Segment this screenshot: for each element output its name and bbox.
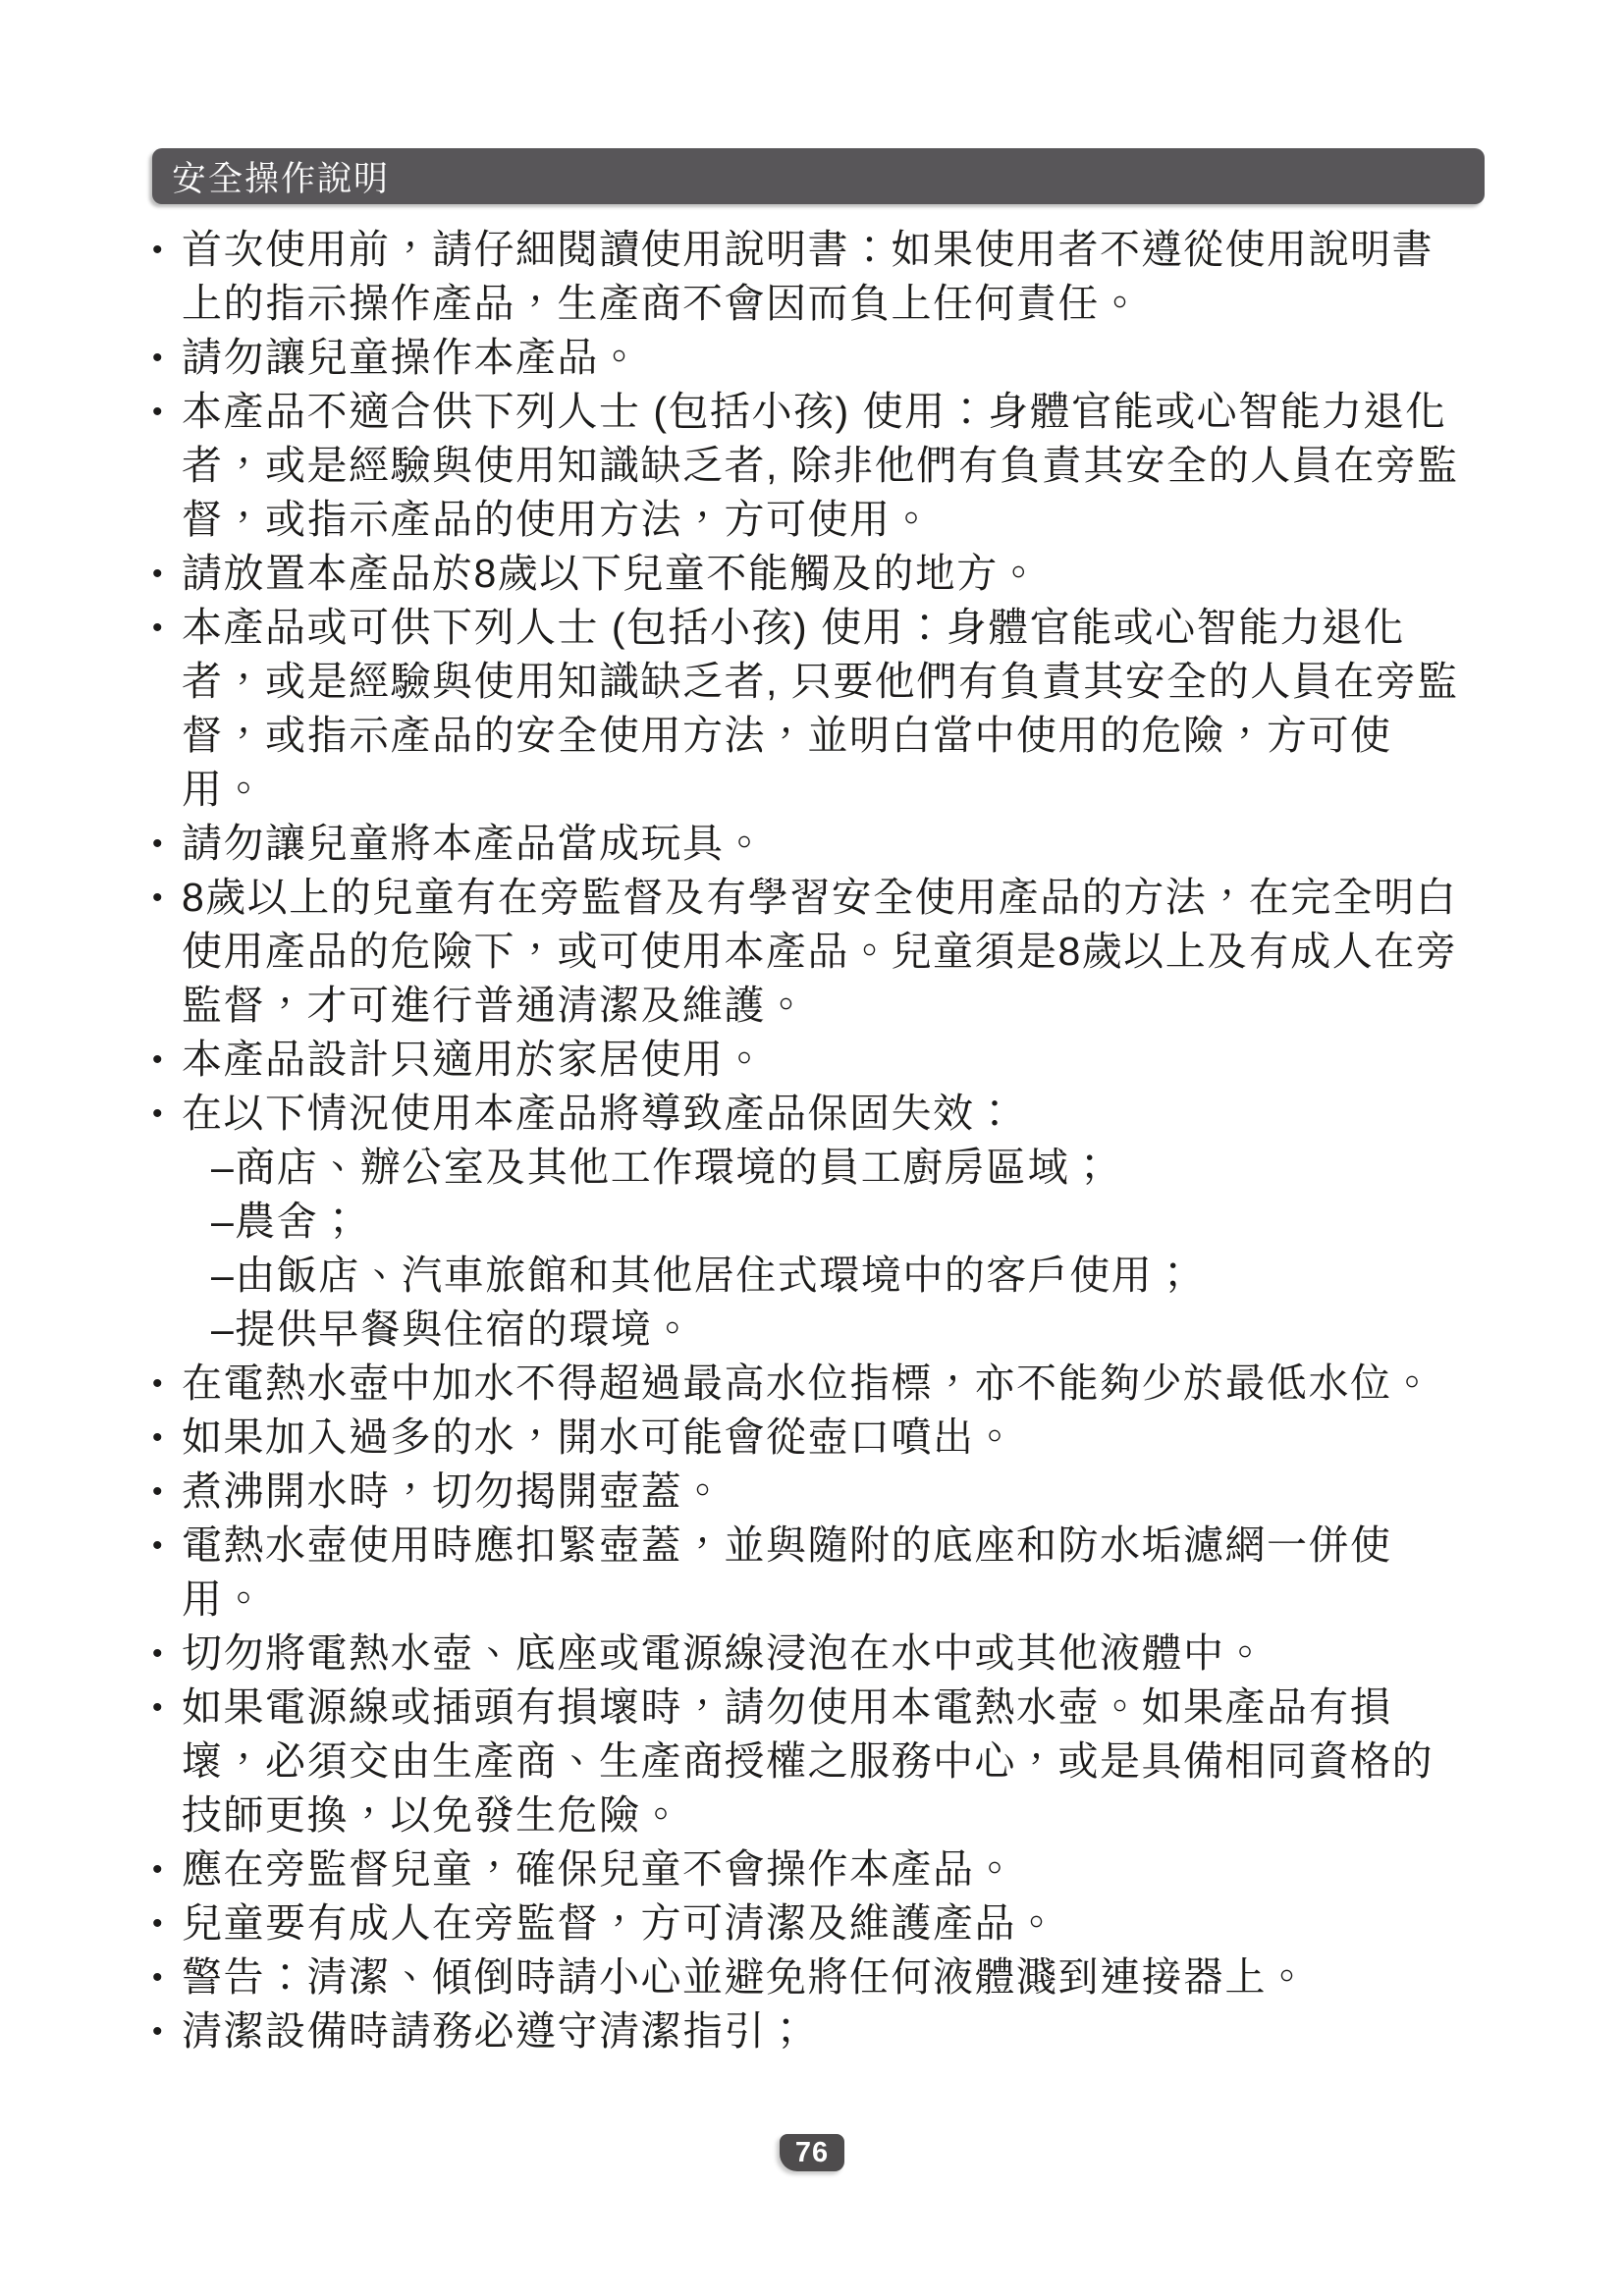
list-item: •清潔設備時請務必遵守清潔指引；: [152, 2004, 1473, 2058]
safety-instructions-list: •首次使用前，請仔細閱讀使用說明書：如果使用者不遵從使用說明書上的指示操作產品，…: [152, 223, 1473, 2058]
list-item-text: 首次使用前，請仔細閱讀使用說明書：如果使用者不遵從使用說明書上的指示操作產品，生…: [182, 223, 1473, 331]
list-item: •請勿讓兒童操作本產品。: [152, 331, 1473, 385]
list-item: •警告：清潔、傾倒時請小心並避免將任何液體濺到連接器上。: [152, 1950, 1473, 2004]
list-item-text: 在電熱水壺中加水不得超過最高水位指標，亦不能夠少於最低水位。: [182, 1357, 1473, 1411]
list-item-text: 清潔設備時請務必遵守清潔指引；: [182, 2004, 1473, 2058]
bullet-icon: •: [152, 385, 182, 439]
list-item-text: 請勿讓兒童將本產品當成玩具。: [182, 817, 1473, 871]
sub-list-item: –提供早餐與住宿的環境。: [152, 1303, 1473, 1357]
bullet-icon: •: [152, 1627, 182, 1681]
list-item-text: 請勿讓兒童操作本產品。: [182, 331, 1473, 385]
bullet-icon: •: [152, 2004, 182, 2058]
bullet-icon: •: [152, 1087, 182, 1141]
bullet-icon: •: [152, 1411, 182, 1465]
bullet-icon: •: [152, 1896, 182, 1950]
sub-list-item: –商店、辦公室及其他工作環境的員工廚房區域；: [152, 1141, 1473, 1195]
list-item-text: 應在旁監督兒童，確保兒童不會操作本產品。: [182, 1842, 1473, 1896]
list-item-text: 警告：清潔、傾倒時請小心並避免將任何液體濺到連接器上。: [182, 1950, 1473, 2004]
list-item-text: 本產品或可供下列人士 (包括小孩) 使用：身體官能或心智能力退化者，或是經驗與使…: [182, 601, 1473, 817]
page-number: 76: [795, 2137, 829, 2169]
list-item-text: 請放置本產品於8歲以下兒童不能觸及的地方。: [182, 547, 1473, 601]
list-item: •本產品設計只適用於家居使用。: [152, 1033, 1473, 1087]
sub-list-item: –由飯店、汽車旅館和其他居住式環境中的客戶使用；: [152, 1249, 1473, 1303]
list-item: •在以下情況使用本產品將導致產品保固失效：: [152, 1087, 1473, 1141]
list-item-text: 兒童要有成人在旁監督，方可清潔及維護產品。: [182, 1896, 1473, 1950]
bullet-icon: •: [152, 331, 182, 385]
bullet-icon: •: [152, 1519, 182, 1573]
page-number-badge: 76: [780, 2134, 844, 2171]
list-item: •煮沸開水時，切勿揭開壺蓋。: [152, 1465, 1473, 1519]
bullet-icon: •: [152, 547, 182, 601]
bullet-icon: •: [152, 1842, 182, 1896]
bullet-icon: •: [152, 1681, 182, 1735]
list-item-text: 8歲以上的兒童有在旁監督及有學習安全使用產品的方法，在完全明白使用產品的危險下，…: [182, 871, 1473, 1033]
list-item: •應在旁監督兒童，確保兒童不會操作本產品。: [152, 1842, 1473, 1896]
bullet-icon: •: [152, 817, 182, 871]
list-item: •請放置本產品於8歲以下兒童不能觸及的地方。: [152, 547, 1473, 601]
list-item-text: 切勿將電熱水壺、底座或電源線浸泡在水中或其他液體中。: [182, 1627, 1473, 1681]
list-item: •首次使用前，請仔細閱讀使用說明書：如果使用者不遵從使用說明書上的指示操作產品，…: [152, 223, 1473, 331]
list-item: •如果加入過多的水，開水可能會從壺口噴出。: [152, 1411, 1473, 1465]
section-header-bar: 安全操作說明: [152, 148, 1485, 204]
list-item-text: –提供早餐與住宿的環境。: [211, 1303, 1473, 1357]
list-item: •如果電源線或插頭有損壞時，請勿使用本電熱水壺。如果產品有損壞，必須交由生產商、…: [152, 1681, 1473, 1842]
list-item: •切勿將電熱水壺、底座或電源線浸泡在水中或其他液體中。: [152, 1627, 1473, 1681]
manual-page: { "header": { "title": "安全操作說明", "bar_co…: [0, 0, 1624, 2296]
bullet-icon: •: [152, 601, 182, 655]
bullet-icon: •: [152, 871, 182, 925]
list-item: •兒童要有成人在旁監督，方可清潔及維護產品。: [152, 1896, 1473, 1950]
list-item: •在電熱水壺中加水不得超過最高水位指標，亦不能夠少於最低水位。: [152, 1357, 1473, 1411]
list-item: •請勿讓兒童將本產品當成玩具。: [152, 817, 1473, 871]
list-item-text: –由飯店、汽車旅館和其他居住式環境中的客戶使用；: [211, 1249, 1473, 1303]
list-item-text: –農舍；: [211, 1195, 1473, 1249]
list-item-text: 煮沸開水時，切勿揭開壺蓋。: [182, 1465, 1473, 1519]
list-item-text: 本產品不適合供下列人士 (包括小孩) 使用：身體官能或心智能力退化者，或是經驗與…: [182, 385, 1473, 547]
bullet-icon: •: [152, 1465, 182, 1519]
list-item-text: 如果電源線或插頭有損壞時，請勿使用本電熱水壺。如果產品有損壞，必須交由生產商、生…: [182, 1681, 1473, 1842]
bullet-icon: •: [152, 223, 182, 277]
section-title: 安全操作說明: [172, 152, 390, 201]
list-item-text: 如果加入過多的水，開水可能會從壺口噴出。: [182, 1411, 1473, 1465]
list-item: •本產品不適合供下列人士 (包括小孩) 使用：身體官能或心智能力退化者，或是經驗…: [152, 385, 1473, 547]
bullet-icon: •: [152, 1357, 182, 1411]
list-item-text: 電熱水壺使用時應扣緊壺蓋，並與隨附的底座和防水垢濾網一併使用。: [182, 1519, 1473, 1627]
list-item-text: –商店、辦公室及其他工作環境的員工廚房區域；: [211, 1141, 1473, 1195]
sub-list-item: –農舍；: [152, 1195, 1473, 1249]
list-item: •本產品或可供下列人士 (包括小孩) 使用：身體官能或心智能力退化者，或是經驗與…: [152, 601, 1473, 817]
list-item-text: 在以下情況使用本產品將導致產品保固失效：: [182, 1087, 1473, 1141]
bullet-icon: •: [152, 1950, 182, 2004]
list-item: •電熱水壺使用時應扣緊壺蓋，並與隨附的底座和防水垢濾網一併使用。: [152, 1519, 1473, 1627]
list-item-text: 本產品設計只適用於家居使用。: [182, 1033, 1473, 1087]
list-item: •8歲以上的兒童有在旁監督及有學習安全使用產品的方法，在完全明白使用產品的危險下…: [152, 871, 1473, 1033]
bullet-icon: •: [152, 1033, 182, 1087]
